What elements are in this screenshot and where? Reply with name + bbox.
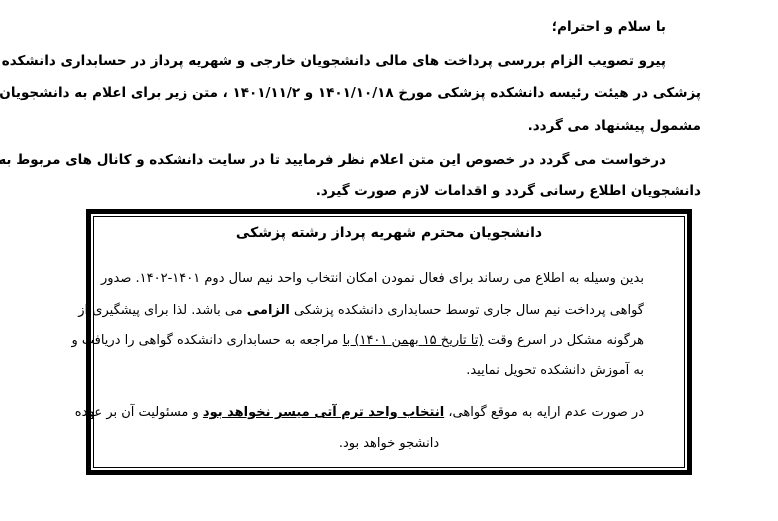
notice-line3: هرگونه مشکل در اسرع وقت (تا تاریخ ۱۵ بهم… (71, 331, 644, 351)
greeting: با سلام و احترام؛ (552, 17, 666, 37)
notice-line1: بدین وسیله به اطلاع می رساند برای فعال ن… (101, 269, 644, 289)
notice-emphasis-mandatory: الزامی (247, 303, 290, 318)
paragraph1-line1: پیرو تصویب الزام بررسی پرداخت های مالی د… (2, 51, 666, 71)
letter-document: با سلام و احترام؛ پیرو تصویب الزام بررسی… (0, 0, 778, 521)
notice-line6: دانشجو خواهد بود. (94, 434, 684, 454)
notice-box: دانشجویان محترم شهریه پرداز رشته پزشکی ب… (86, 209, 692, 475)
notice-line3-start: هرگونه مشکل در اسرع وقت (483, 333, 644, 348)
notice-line2: گواهی پرداخت نیم سال جاری توسط حسابداری … (78, 301, 644, 321)
paragraph1-line3: مشمول پیشنهاد می گردد. (528, 116, 701, 136)
notice-line2-end: می باشد. لذا برای پیشگیری از (78, 303, 246, 318)
notice-line5: در صورت عدم ارایه به موقع گواهی، انتخاب … (75, 403, 644, 423)
paragraph2-line1: درخواست می گردد در خصوص این متن اعلام نظ… (0, 150, 666, 170)
notice-line3-end: مراجعه به حسابداری دانشکده گواهی را دریا… (71, 333, 342, 348)
notice-deadline: (تا تاریخ ۱۵ بهمن ۱۴۰۱) با (343, 333, 484, 348)
paragraph1-line2: پزشکی در هیئت رئیسه دانشکده پزشکی مورخ ۱… (0, 83, 701, 103)
notice-line2-start: گواهی پرداخت نیم سال جاری توسط حسابداری … (290, 303, 644, 318)
notice-line5-start: در صورت عدم ارایه به موقع گواهی، (444, 405, 644, 420)
paragraph2-line2: دانشجویان اطلاع رسانی گردد و اقدامات لاز… (316, 181, 701, 201)
notice-line4: به آموزش دانشکده تحویل نمایید. (466, 361, 644, 381)
notice-line5-end: و مسئولیت آن بر عهده (75, 405, 203, 420)
notice-warning: انتخاب واحد ترم آتی میسر نخواهد بود (203, 405, 444, 420)
notice-box-inner: دانشجویان محترم شهریه پرداز رشته پزشکی ب… (93, 216, 685, 468)
notice-title: دانشجویان محترم شهریه پرداز رشته پزشکی (94, 223, 684, 243)
